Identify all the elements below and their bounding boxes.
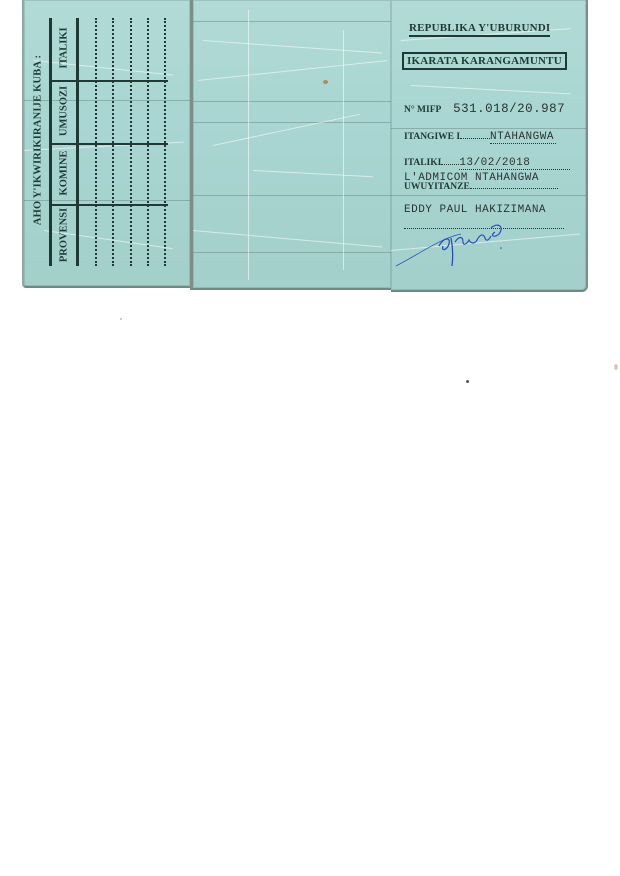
table-separator: [51, 80, 168, 82]
field-label: N° MIFP: [404, 105, 441, 115]
table-dotted-line: [112, 18, 114, 266]
field-label: ITALIKI: [404, 158, 441, 168]
field-value: 531.018/20.987: [453, 102, 565, 116]
table-separator: [51, 143, 168, 145]
table-dotted-line: [95, 18, 97, 266]
signature: [391, 218, 586, 278]
field-uwuyitanze: L'ADMICOM NTAHANGWA UWUYITANZE: [404, 177, 558, 187]
column-umusozi: UMUSOZI: [59, 86, 70, 136]
residence-title: AHO Y'IKWIRIKIRANIJE KUBA :: [33, 55, 44, 225]
table-dotted-line: [147, 18, 149, 266]
field-italiki: ITALIKI13/02/2018: [404, 157, 570, 169]
table-separator: [51, 204, 168, 206]
field-value: 13/02/2018: [459, 157, 570, 170]
country-header: REPUBLIKA Y'UBURUNDI: [409, 22, 550, 37]
field-label: UWUYITANZE: [404, 182, 470, 192]
column-komine: KOMINE: [59, 151, 70, 196]
field-label: ITANGIWE I: [404, 132, 460, 142]
card-title: IKARATA KARANGAMUNTU: [402, 52, 567, 70]
field-itangiwe: ITANGIWE INTAHANGWA: [404, 131, 556, 143]
scan-speck: [614, 364, 618, 370]
scan-speck: [466, 380, 469, 383]
table-dotted-line: [164, 18, 166, 266]
field-value: NTAHANGWA: [490, 131, 556, 144]
table-dotted-line: [130, 18, 132, 266]
table-border-header: [76, 18, 79, 266]
card-middle-panel: [190, 0, 394, 290]
field-official-name: EDDY PAUL HAKIZIMANA: [404, 204, 546, 216]
field-mifp: N° MIFP 531.018/20.987: [404, 102, 565, 116]
table-border-left: [49, 18, 52, 266]
residence-table: AHO Y'IKWIRIKIRANIJE KUBA : PROVENSI KOM…: [24, 0, 190, 286]
field-value: EDDY PAUL HAKIZIMANA: [404, 204, 546, 216]
column-provensi: PROVENSI: [59, 208, 70, 262]
column-italiki: ITALIKI: [59, 27, 70, 68]
stain: [323, 80, 328, 84]
scan-speck: [120, 318, 122, 320]
card-left-panel: AHO Y'IKWIRIKIRANIJE KUBA : PROVENSI KOM…: [22, 0, 190, 288]
card-right-panel: REPUBLIKA Y'UBURUNDI IKARATA KARANGAMUNT…: [391, 0, 588, 292]
